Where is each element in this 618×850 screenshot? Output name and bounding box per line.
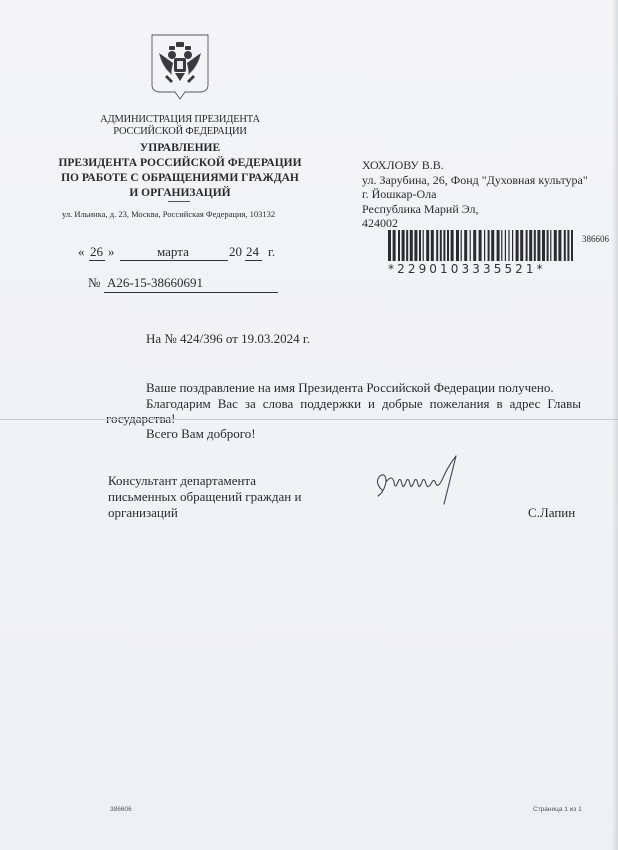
- date-day: 26: [90, 244, 103, 260]
- document-number-symbol: №: [88, 275, 100, 291]
- date-year-suffix: 24: [246, 244, 259, 260]
- russian-coat-of-arms-icon: [149, 33, 211, 105]
- date-month-underline: [120, 260, 228, 261]
- handwritten-signature-icon: [368, 452, 468, 512]
- date-day-underline: [89, 260, 105, 261]
- footer-page-label: Страница 1 из 1: [533, 806, 582, 813]
- date-month: марта: [157, 244, 189, 260]
- department-line-3: ПО РАБОТЕ С ОБРАЩЕНИЯМИ ГРАЖДАН: [50, 171, 310, 186]
- date-year-prefix: 20: [229, 244, 242, 260]
- reference-line: На № 424/396 от 19.03.2024 г.: [146, 331, 310, 347]
- header-divider: [168, 201, 190, 202]
- paper-fold-line: [0, 419, 618, 420]
- recipient-region: Республика Марий Эл,: [362, 202, 588, 217]
- date-year-underline: [245, 260, 262, 261]
- signatory-title-line-3: организаций: [108, 505, 178, 521]
- administration-line-2: РОССИЙСКОЙ ФЕДЕРАЦИИ: [60, 125, 300, 138]
- recipient-name: ХОХЛОВУ В.В.: [362, 158, 588, 173]
- footer-doc-id: 386606: [110, 806, 132, 813]
- signatory-title-line-1: Консультант департамента: [108, 473, 256, 489]
- date-close-quote: »: [108, 244, 115, 260]
- department-line-1: УПРАВЛЕНИЕ: [50, 141, 310, 156]
- recipient-city: г. Йошкар-Ола: [362, 187, 588, 202]
- barcode-value: *2290103335521*: [388, 262, 578, 276]
- barcode-icon: [388, 230, 573, 261]
- paper-edge-shadow: [612, 0, 618, 850]
- signatory-title-line-2: письменных обращений граждан и: [108, 489, 301, 505]
- recipient-street: ул. Зарубина, 26, Фонд "Духовная культур…: [362, 173, 588, 188]
- body-paragraph-2-line-1: Благодарим Вас за слова поддержки и добр…: [146, 396, 581, 412]
- sender-address: ул. Ильинка, д. 23, Москва, Российская Ф…: [62, 209, 322, 219]
- document-number-underline: [104, 292, 278, 293]
- document-number: А26-15-38660691: [107, 275, 203, 291]
- date-year-unit: г.: [268, 244, 275, 260]
- body-paragraph-1: Ваше поздравление на имя Президента Росс…: [146, 380, 554, 396]
- barcode-side-number: 386606: [582, 234, 609, 244]
- recipient-postal-code: 424002: [362, 216, 588, 231]
- department-line-2: ПРЕЗИДЕНТА РОССИЙСКОЙ ФЕДЕРАЦИИ: [50, 156, 310, 171]
- department-line-4: И ОРГАНИЗАЦИЙ: [50, 186, 310, 201]
- closing-line: Всего Вам доброго!: [146, 426, 256, 442]
- signatory-name: С.Лапин: [528, 505, 575, 521]
- letter-page: АДМИНИСТРАЦИЯ ПРЕЗИДЕНТА РОССИЙСКОЙ ФЕДЕ…: [0, 0, 618, 850]
- recipient-block: ХОХЛОВУ В.В. ул. Зарубина, 26, Фонд "Дух…: [362, 158, 588, 231]
- date-open-quote: «: [78, 244, 85, 260]
